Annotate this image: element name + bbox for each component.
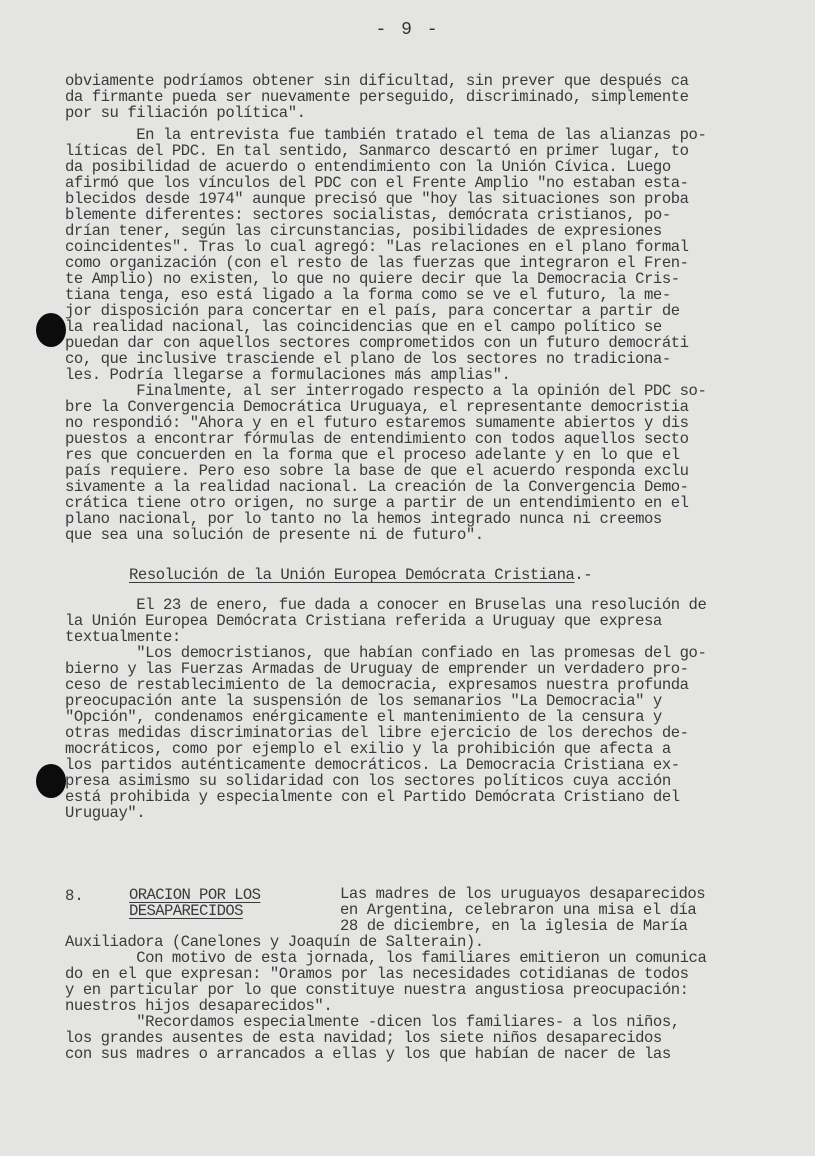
text-line: puedan dar con aquellos sectores comprom…: [65, 336, 689, 351]
text-line: los partidos auténticamente democráticos…: [65, 758, 680, 773]
text-line: otras medidas discriminatorias del libre…: [65, 726, 689, 741]
text-line: do en el que expresan: "Oramos por las n…: [65, 967, 689, 982]
text-line: en Argentina, celebraron una misa el día: [340, 903, 696, 918]
text-line: co, que inclusive trasciende el plano de…: [65, 352, 671, 367]
text-line: puestos a encontrar fórmulas de entendim…: [65, 432, 689, 447]
text-line: "Opción", condenamos enérgicamente el ma…: [65, 710, 662, 725]
text-line: preocupación ante la suspensión de los s…: [65, 694, 662, 709]
text-line: drían tener, según las circunstancias, p…: [65, 224, 662, 239]
text-line: afirmó que los vínculos del PDC con el F…: [65, 176, 689, 191]
section-heading-suffix: .-: [574, 566, 592, 584]
text-line: da firmante pueda ser nuevamente persegu…: [65, 90, 689, 105]
text-line: res que concuerden en la forma que el pr…: [65, 448, 680, 463]
text-line: la Unión Europea Demócrata Cristiana ref…: [65, 614, 662, 629]
text-line: los grandes ausentes de esta navidad; lo…: [65, 1031, 662, 1046]
section-number: 8.: [65, 887, 84, 905]
text-line: te Amplio) no existen, lo que no quiere …: [65, 272, 680, 287]
section-heading: Resolución de la Unión Europea Demócrata…: [129, 568, 592, 583]
text-line: bierno y las Fuerzas Armadas de Uruguay …: [65, 662, 689, 677]
text-line: nuestros hijos desaparecidos".: [65, 999, 332, 1014]
text-line: obviamente podríamos obtener sin dificul…: [65, 74, 689, 89]
text-line: blecidos desde 1974" aunque precisó que …: [65, 192, 689, 207]
text-line: con sus madres o arrancados a ellas y lo…: [65, 1047, 671, 1062]
text-line: "Los democristianos, que habían confiado…: [65, 646, 706, 661]
text-line: está prohibida y especialmente con el Pa…: [65, 790, 680, 805]
text-line: y en particular por lo que constituye nu…: [65, 983, 689, 998]
text-line: mocráticos, como por ejemplo el exilio y…: [65, 742, 671, 757]
text-line: Con motivo de esta jornada, los familiar…: [65, 951, 706, 966]
text-line: presa asimismo su solidaridad con los se…: [65, 774, 671, 789]
text-line: Las madres de los uruguayos desaparecido…: [340, 887, 705, 902]
section-heading-text: Resolución de la Unión Europea Demócrata…: [129, 566, 574, 584]
text-line: la realidad nacional, las coincidencias …: [65, 320, 662, 335]
text-line: Finalmente, al ser interrogado respecto …: [65, 384, 706, 399]
punch-hole-bottom: [36, 764, 66, 798]
text-line: sivamente a la realidad nacional. La cre…: [65, 480, 689, 495]
text-line: les. Podría llegarse a formulaciones más…: [65, 368, 510, 383]
text-line: país requiere. Pero eso sobre la base de…: [65, 464, 689, 479]
text-line: El 23 de enero, fue dada a conocer en Br…: [65, 598, 706, 613]
section-title-line: DESAPARECIDOS: [129, 903, 243, 920]
text-line: En la entrevista fue también tratado el …: [65, 128, 706, 143]
text-line: "Recordamos especialmente -dicen los fam…: [65, 1015, 680, 1030]
text-line: no respondió: "Ahora y en el futuro esta…: [65, 416, 689, 431]
text-line: blemente diferentes: sectores socialista…: [65, 208, 671, 223]
text-line: por su filiación política".: [65, 106, 306, 121]
punch-hole-top: [36, 313, 66, 347]
page-number: - 9 -: [0, 20, 815, 40]
text-line: crática tiene otro origen, no surge a pa…: [65, 496, 689, 511]
text-line: jor disposición para concertar en el paí…: [65, 304, 680, 319]
text-line: ceso de restablecimiento de la democraci…: [65, 678, 689, 693]
text-line: coincidentes". Tras lo cual agregó: "Las…: [65, 240, 689, 255]
text-line: como organización (con el resto de las f…: [65, 256, 689, 271]
text-line: que sea una solución de presente ni de f…: [65, 528, 484, 543]
text-line: bre la Convergencia Democrática Uruguaya…: [65, 400, 689, 415]
text-line: plano nacional, por lo tanto no la hemos…: [65, 512, 662, 527]
text-line: líticas del PDC. En tal sentido, Sanmarc…: [65, 144, 689, 159]
text-line: Auxiliadora (Canelones y Joaquín de Salt…: [65, 935, 484, 950]
text-line: textualmente:: [65, 630, 181, 645]
text-line: tiana tenga, eso está ligado a la forma …: [65, 288, 671, 303]
text-line: 28 de diciembre, en la iglesia de María: [340, 919, 687, 934]
text-line: da posibilidad de acuerdo o entendimient…: [65, 160, 671, 175]
text-line: Uruguay".: [65, 806, 145, 821]
